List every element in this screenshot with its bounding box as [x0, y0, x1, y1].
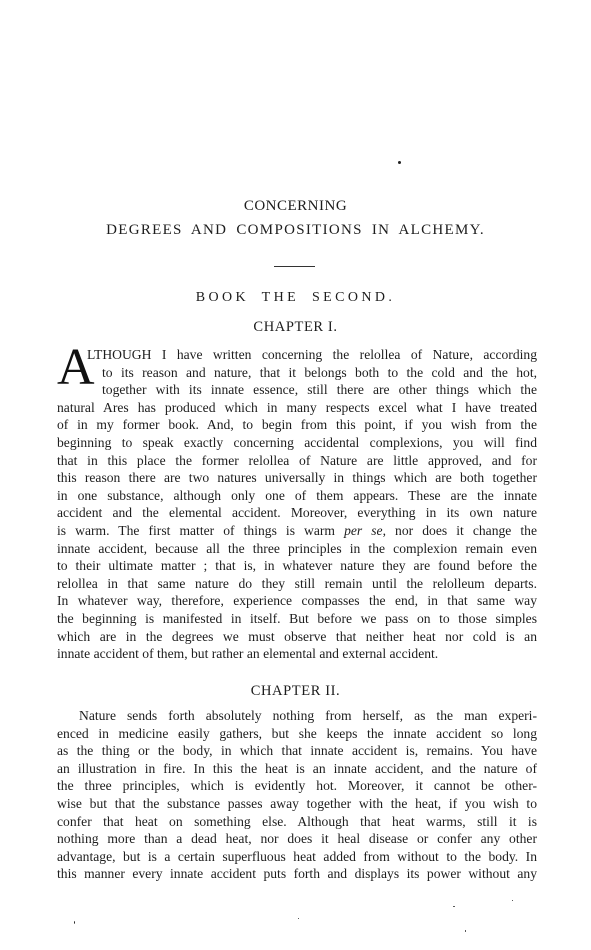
- text-line: to its reason and nature, that it belong…: [57, 364, 537, 382]
- text-line: in one substance, although only one of t…: [57, 487, 537, 505]
- speck: [298, 918, 299, 919]
- text-line: beginning to speak exactly concerning ac…: [57, 434, 537, 452]
- text-line: wise but that the substance passes away …: [57, 795, 537, 813]
- text-line-with-italic: is warm. The first matter of things is w…: [57, 522, 537, 540]
- text-segment: is warm. The first matter of things is w…: [57, 523, 344, 538]
- text-line: of in my former book. And, to begin from…: [57, 416, 537, 434]
- text-line: this reason there are two natures univer…: [57, 469, 537, 487]
- text-line: together with its innate essence, still …: [57, 381, 537, 399]
- text-line: an illustration in fire. In this the hea…: [57, 760, 537, 778]
- text-line: Nature sends forth absolutely nothing fr…: [57, 707, 537, 725]
- text-segment: , nor does it change the: [383, 523, 537, 538]
- speck: [453, 906, 455, 907]
- text-line: relollea in that same nature do they sti…: [57, 575, 537, 593]
- chapter-1-heading: CHAPTER I.: [0, 319, 591, 336]
- title-line-1: CONCERNING: [0, 198, 591, 215]
- speck: [74, 921, 75, 924]
- text-line: In whatever way, therefore, experience c…: [57, 592, 537, 610]
- title-divider: [274, 266, 315, 267]
- title-line-2: DEGREES AND COMPOSITIONS IN ALCHEMY.: [0, 222, 591, 239]
- text-line: innate accident of them, but rather an e…: [57, 645, 537, 663]
- text-line: this manner every innate accident puts f…: [57, 865, 537, 883]
- speck: [398, 161, 401, 164]
- text-line: to their ultimate matter ; that is, in w…: [57, 557, 537, 575]
- text-line: enced in medicine easily gathers, but sh…: [57, 725, 537, 743]
- text-line: confer that heat on something else. Alth…: [57, 813, 537, 831]
- text-line: the beginning is manifested in itself. B…: [57, 610, 537, 628]
- text-line: which are in the degrees we must observe…: [57, 628, 537, 646]
- text-line: the three principles, which is evidently…: [57, 777, 537, 795]
- speck: [512, 900, 513, 901]
- speck: [465, 930, 466, 932]
- book-heading: BOOK THE SECOND.: [0, 290, 591, 306]
- chapter-1-body: LTHOUGH I have written concerning the re…: [57, 346, 537, 663]
- chapter-2-body: Nature sends forth absolutely nothing fr…: [57, 707, 537, 883]
- text-line: accident and the elemental accident. Mor…: [57, 504, 537, 522]
- text-line: that in this place the former relollea o…: [57, 452, 537, 470]
- text-line: advantage, but is a certain superfluous …: [57, 848, 537, 866]
- text-line: as the thing or the body, in which that …: [57, 742, 537, 760]
- text-line: innate accident, because all the three p…: [57, 540, 537, 558]
- text-line: natural Ares has produced which in many …: [57, 399, 537, 417]
- italic-phrase: per se: [344, 523, 383, 538]
- text-line: nothing more than a dead heat, nor does …: [57, 830, 537, 848]
- text-line: LTHOUGH I have written concerning the re…: [57, 346, 537, 364]
- chapter-2-heading: CHAPTER II.: [0, 683, 591, 700]
